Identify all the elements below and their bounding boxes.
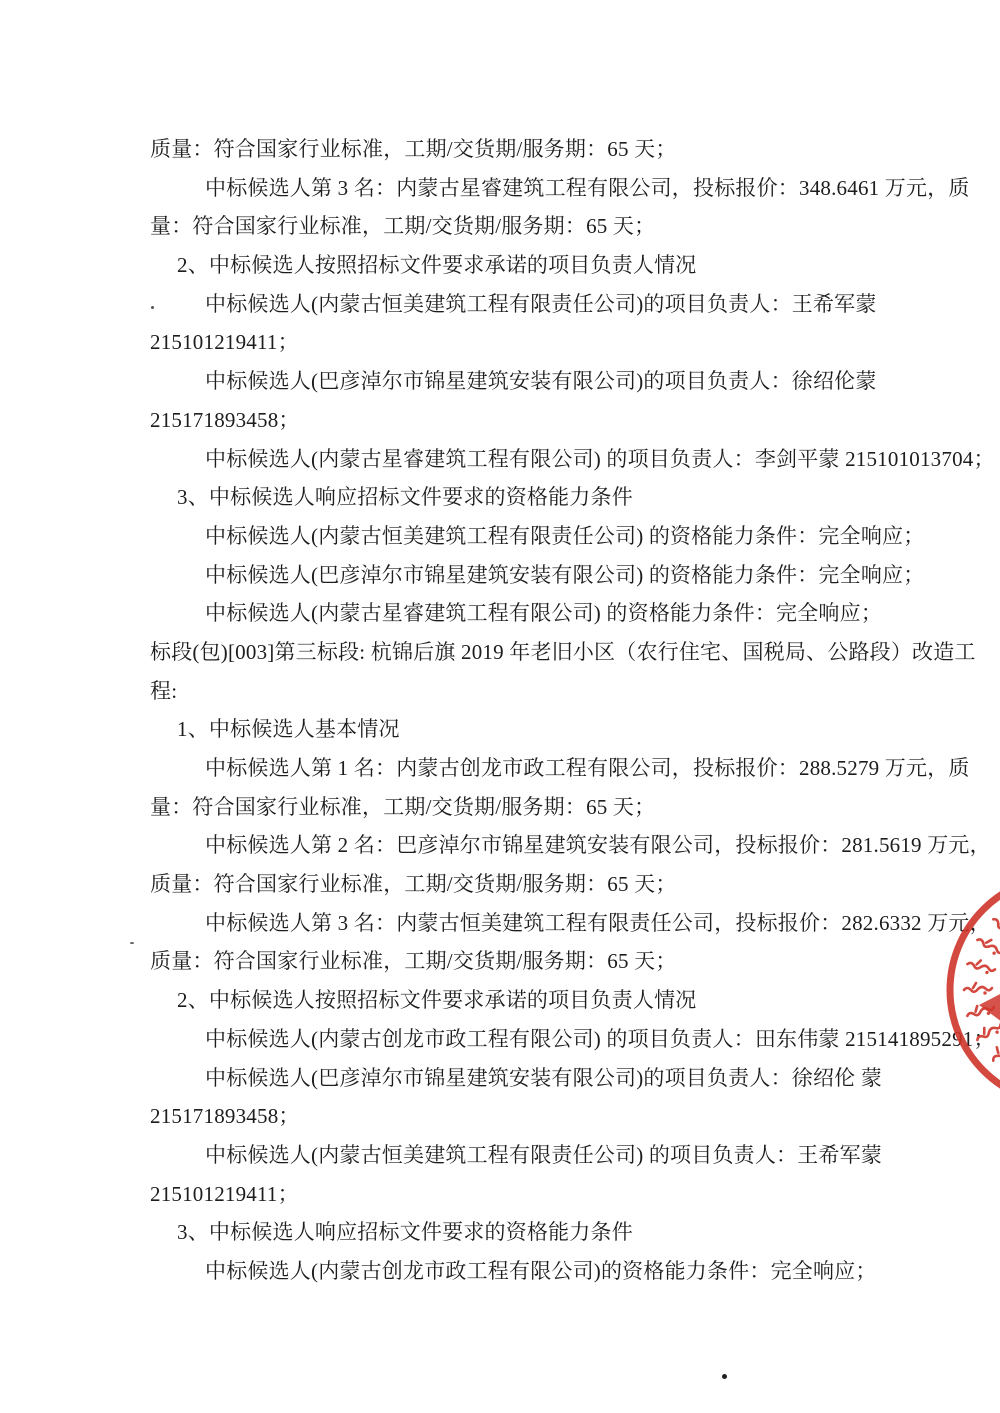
text-line: 量：符合国家行业标准，工期/交货期/服务期：65 天； xyxy=(150,788,882,827)
text-line: 215101219411； xyxy=(150,323,882,362)
text-line: 中标候选人第 3 名：内蒙古星睿建筑工程有限公司，投标报价：348.6461 万… xyxy=(150,169,882,208)
scan-speck xyxy=(130,942,134,944)
text-line: 中标候选人(内蒙古创龙市政工程有限公司)的资格能力条件：完全响应； xyxy=(150,1252,882,1291)
text-line: 2、中标候选人按照招标文件要求承诺的项目负责人情况 xyxy=(150,246,882,285)
document-page: 质量：符合国家行业标准，工期/交货期/服务期：65 天；中标候选人第 3 名：内… xyxy=(0,0,1000,1413)
text-line: 中标候选人(内蒙古星睿建筑工程有限公司) 的资格能力条件：完全响应； xyxy=(150,594,882,633)
text-line: 质量：符合国家行业标准，工期/交货期/服务期：65 天； xyxy=(150,942,882,981)
scan-speck xyxy=(527,807,529,809)
seal-star-tip xyxy=(979,991,1000,1022)
text-line: 质量：符合国家行业标准，工期/交货期/服务期：65 天； xyxy=(150,130,882,169)
text-line: 中标候选人(巴彦淖尔市锦星建筑安装有限公司) 的资格能力条件：完全响应； xyxy=(150,556,882,595)
text-line: 3、中标候选人响应招标文件要求的资格能力条件 xyxy=(150,1213,882,1252)
text-line: 量：符合国家行业标准，工期/交货期/服务期：65 天； xyxy=(150,207,882,246)
text-line: 质量：符合国家行业标准，工期/交货期/服务期：65 天； xyxy=(150,865,882,904)
document-lines: 质量：符合国家行业标准，工期/交货期/服务期：65 天；中标候选人第 3 名：内… xyxy=(150,130,882,1291)
text-line: 中标候选人第 3 名：内蒙古恒美建筑工程有限责任公司，投标报价：282.6332… xyxy=(150,904,882,943)
text-line: 中标候选人第 1 名：内蒙古创龙市政工程有限公司，投标报价：288.5279 万… xyxy=(150,749,882,788)
text-line: 中标候选人(内蒙古恒美建筑工程有限责任公司) 的项目负责人：王希军蒙 xyxy=(150,1136,882,1175)
text-line: 程: xyxy=(150,672,882,711)
text-line: 2、中标候选人按照招标文件要求承诺的项目负责人情况 xyxy=(150,981,882,1020)
text-line: 中标候选人(内蒙古恒美建筑工程有限责任公司)的项目负责人：王希军蒙 xyxy=(150,285,882,324)
text-line: 中标候选人(巴彦淖尔市锦星建筑安装有限公司)的项目负责人：徐绍伦蒙 xyxy=(150,362,882,401)
text-line: 215171893458； xyxy=(150,401,882,440)
official-seal-stamp-icon xyxy=(900,856,1000,1120)
seal-rim xyxy=(950,876,1000,1104)
text-line: 中标候选人(内蒙古星睿建筑工程有限公司) 的项目负责人：李剑平蒙 2151010… xyxy=(150,440,882,479)
text-line: 3、中标候选人响应招标文件要求的资格能力条件 xyxy=(150,478,882,517)
text-line: 215171893458； xyxy=(150,1097,882,1136)
text-line: 标段(包)[003]第三标段: 杭锦后旗 2019 年老旧小区（农行住宅、国税局… xyxy=(150,633,882,672)
text-line: 中标候选人(内蒙古创龙市政工程有限公司) 的项目负责人：田东伟蒙 2151418… xyxy=(150,1020,882,1059)
text-line: 中标候选人(内蒙古恒美建筑工程有限责任公司) 的资格能力条件：完全响应； xyxy=(150,517,882,556)
text-line: 215101219411； xyxy=(150,1175,882,1214)
scan-speck xyxy=(151,306,154,309)
text-line: 1、中标候选人基本情况 xyxy=(150,710,882,749)
text-line: 中标候选人第 2 名：巴彦淖尔市锦星建筑安装有限公司，投标报价：281.5619… xyxy=(150,826,882,865)
scan-speck xyxy=(722,1374,727,1379)
text-line: 中标候选人(巴彦淖尔市锦星建筑安装有限公司)的项目负责人：徐绍伦 蒙 xyxy=(150,1059,882,1098)
